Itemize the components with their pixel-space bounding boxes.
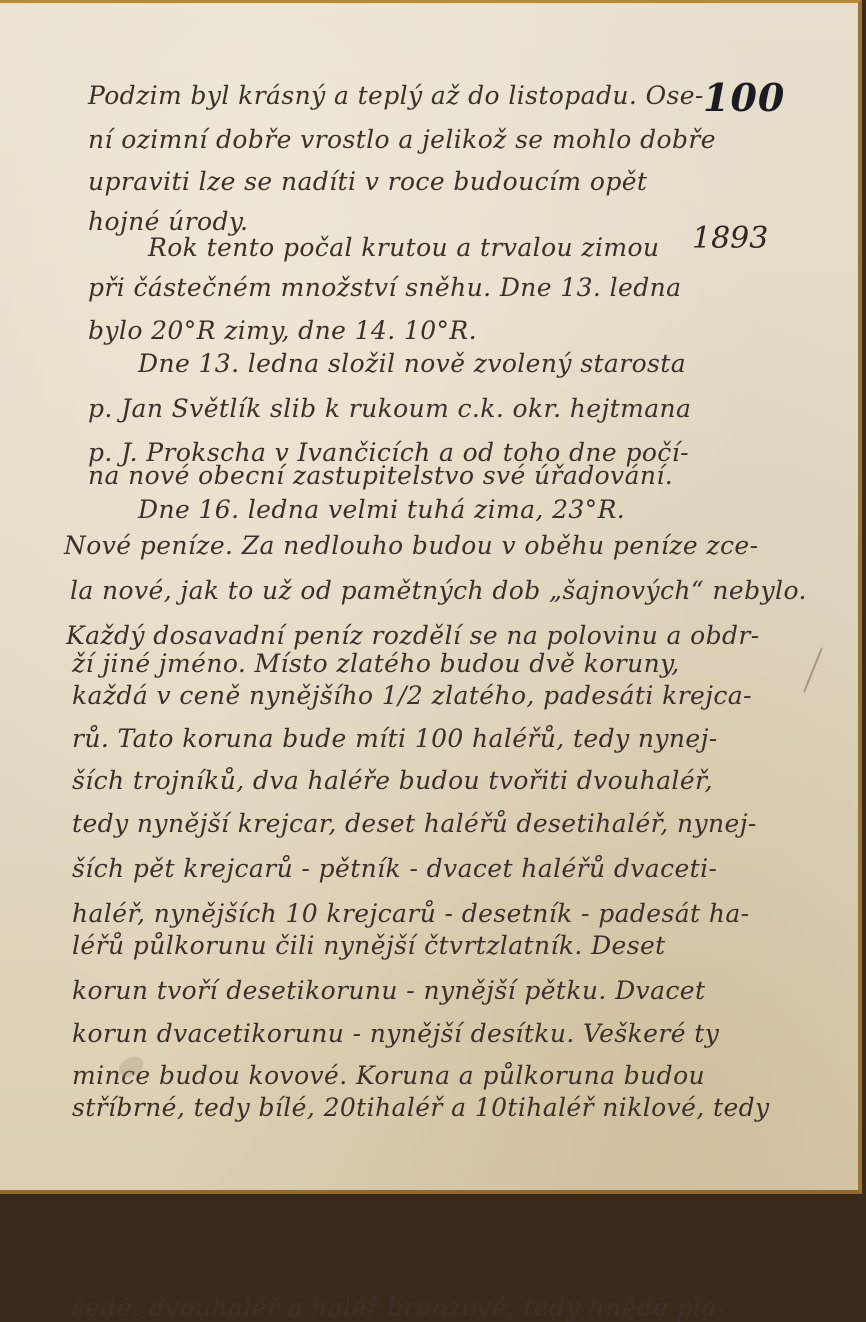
manuscript-line: Dne 13. ledna složil nově zvolený staros… — [138, 351, 686, 376]
manuscript-line: haléř, nynějších 10 krejcarů - desetník … — [72, 901, 750, 926]
manuscript-line: mince budou kovové. Koruna a půlkoruna b… — [72, 1063, 705, 1088]
page-number: 100 — [703, 75, 785, 120]
manuscript-line: při částečném množství sněhu. Dne 13. le… — [88, 275, 681, 300]
manuscript-line: Každý dosavadní peníz rozdělí se na polo… — [66, 623, 760, 648]
manuscript-line: Podzim byl krásný a teplý až do listopad… — [88, 83, 704, 108]
manuscript-line: ží jiné jméno. Místo zlatého budou dvě k… — [72, 651, 680, 676]
manuscript-line: Rok tento počal krutou a trvalou zimou — [148, 235, 659, 260]
manuscript-line: tedy nynější krejcar, deset haléřů deset… — [72, 811, 757, 836]
manuscript-line: la nové, jak to už od pamětných dob „šaj… — [70, 578, 807, 603]
manuscript-line: hojné úrody. — [88, 209, 248, 234]
manuscript-line: p. Jan Světlík slib k rukoum c.k. okr. h… — [88, 396, 691, 421]
manuscript-line: ších pět krejcarů - pětník - dvacet halé… — [72, 856, 717, 881]
manuscript-line: každá v ceně nynějšího 1/2 zlatého, pade… — [72, 683, 752, 708]
manuscript-line: rů. Tato koruna bude míti 100 haléřů, te… — [72, 726, 718, 751]
manuscript-line: na nové obecní zastupitelstvo své úřadov… — [88, 463, 673, 488]
manuscript-line: Nové peníze. Za nedlouho budou v oběhu p… — [64, 533, 758, 558]
manuscript-page: 100 1893 Podzim byl krásný a teplý až do… — [0, 0, 862, 1194]
manuscript-line: stříbrné, tedy bílé, 20tihaléř a 10tihal… — [72, 1095, 770, 1120]
manuscript-line: bylo 20°R zimy, dne 14. 10°R. — [88, 318, 477, 343]
manuscript-line: ších trojníků, dva haléře budou tvořiti … — [72, 768, 713, 793]
manuscript-line: Dne 16. ledna velmi tuhá zima, 23°R. — [138, 497, 625, 522]
stray-pen-mark — [803, 647, 823, 692]
manuscript-line: upraviti lze se nadíti v roce budoucím o… — [88, 169, 647, 194]
manuscript-line: léřů půlkorunu čili nynější čtvrtzlatník… — [72, 933, 666, 958]
manuscript-line: korun tvoří desetikorunu - nynější pětku… — [72, 978, 705, 1003]
margin-year: 1893 — [692, 221, 768, 256]
manuscript-line: ní ozimní dobře vrostlo a jelikož se moh… — [88, 127, 716, 152]
manuscript-line: korun dvacetikorunu - nynější desítku. V… — [72, 1021, 719, 1046]
